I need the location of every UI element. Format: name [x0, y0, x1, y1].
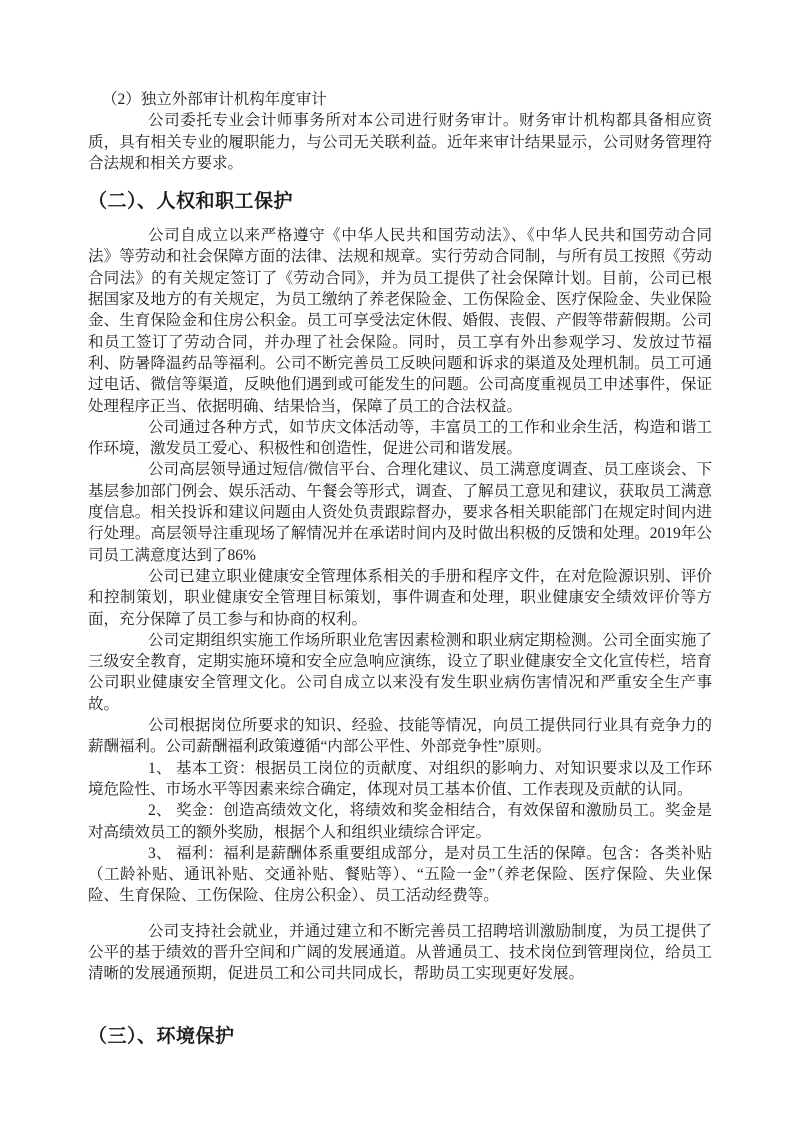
- paragraph-compensation-policy: 公司根据岗位所要求的知识、经验、技能等情况，向员工提供同行业具有竞争力的薪酬福利…: [88, 715, 712, 758]
- paragraph-ohs-system: 公司已建立职业健康安全管理体系相关的手册和程序文件，在对危险源识别、评价和控制策…: [88, 566, 712, 630]
- paragraph-labor-law-compliance: 公司自成立以来严格遵守《中华人民共和国劳动法》、《中华人民共和国劳动合同法》等劳…: [88, 225, 712, 417]
- paragraph-satisfaction-survey: 公司高层领导通过短信/微信平台、合理化建议、员工满意度调查、员工座谈会、下基层参…: [88, 459, 712, 565]
- list-item-bonus: 2、 奖金：创造高绩效文化，将绩效和奖金相结合，有效保留和激励员工。奖金是对高绩…: [88, 800, 712, 843]
- list-item-base-salary: 1、 基本工资：根据员工岗位的贡献度、对组织的影响力、对知识要求以及工作环境危险…: [88, 758, 712, 801]
- paragraph-employee-activities: 公司通过各种方式，如节庆文体活动等，丰富员工的工作和业余生活，构造和谐工作环境，…: [88, 417, 712, 460]
- section-heading-environment: （三）、环境保护: [88, 1023, 712, 1051]
- list-item-benefits: 3、 福利：福利是薪酬体系重要组成部分，是对员工生活的保障。包含：各类补贴（工龄…: [88, 843, 712, 907]
- text-column: （2）独立外部审计机构年度审计 公司委托专业会计师事务所对本公司进行财务审计。财…: [88, 89, 712, 1060]
- audit-subitem-paragraph: 公司委托专业会计师事务所对本公司进行财务审计。财务审计机构都具备相应资质，具有相…: [88, 110, 712, 174]
- section-heading-labor-rights: （二）、人权和职工保护: [88, 188, 712, 216]
- audit-subitem-title: （2）独立外部审计机构年度审计: [88, 89, 712, 110]
- document-page: （2）独立外部审计机构年度审计 公司委托专业会计师事务所对本公司进行财务审计。财…: [0, 0, 800, 1131]
- paragraph-ohs-monitoring: 公司定期组织实施工作场所职业危害因素检测和职业病定期检测。公司全面实施了三级安全…: [88, 630, 712, 715]
- paragraph-employment-support: 公司支持社会就业，并通过建立和不断完善员工招聘培训激励制度，为员工提供了公平的基…: [88, 921, 712, 985]
